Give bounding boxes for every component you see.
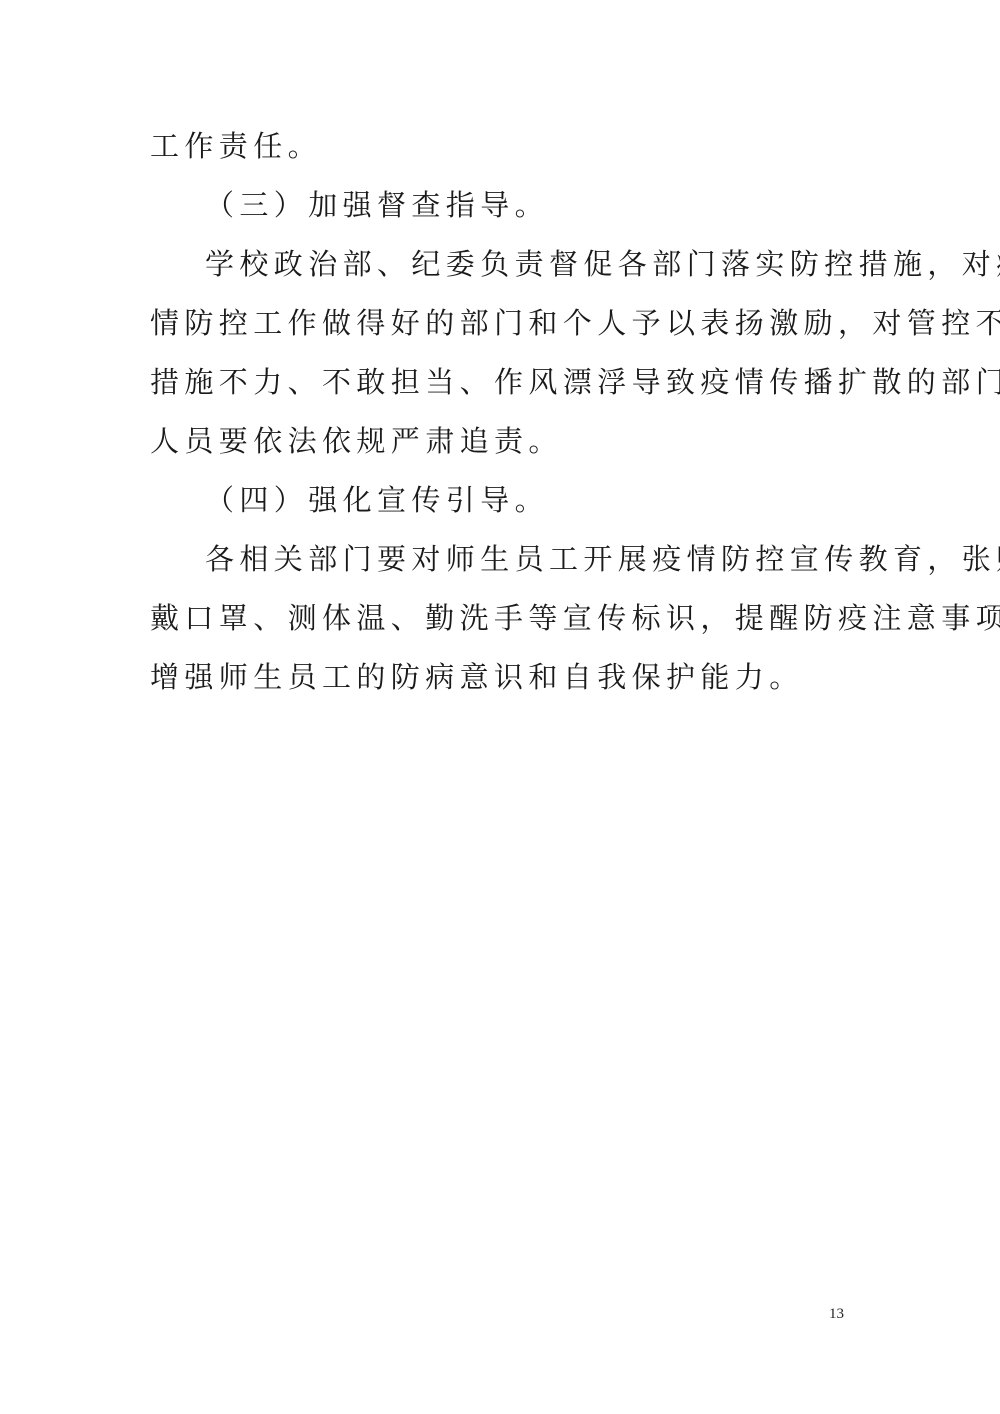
paragraph-line: 各相关部门要对师生员工开展疫情防控宣传教育，张贴 xyxy=(205,541,925,577)
page-number: 13 xyxy=(829,1306,844,1323)
section-heading-3: （三）加强督查指导。 xyxy=(205,187,925,223)
paragraph-line: 增强师生员工的防病意识和自我保护能力。 xyxy=(150,659,870,695)
paragraph-line: 人员要依法依规严肃追责。 xyxy=(150,423,870,459)
paragraph-line: 学校政治部、纪委负责督促各部门落实防控措施，对疫 xyxy=(205,246,925,282)
paragraph-line: 措施不力、不敢担当、作风漂浮导致疫情传播扩散的部门和 xyxy=(150,364,870,400)
section-heading-4: （四）强化宣传引导。 xyxy=(205,482,925,518)
text-line-continuation: 工作责任。 xyxy=(150,128,870,164)
document-page: 工作责任。 （三）加强督查指导。 学校政治部、纪委负责督促各部门落实防控措施，对… xyxy=(0,0,1000,1414)
paragraph-line: 戴口罩、测体温、勤洗手等宣传标识，提醒防疫注意事项， xyxy=(150,600,870,636)
paragraph-line: 情防控工作做得好的部门和个人予以表扬激励，对管控不严、 xyxy=(150,305,870,341)
